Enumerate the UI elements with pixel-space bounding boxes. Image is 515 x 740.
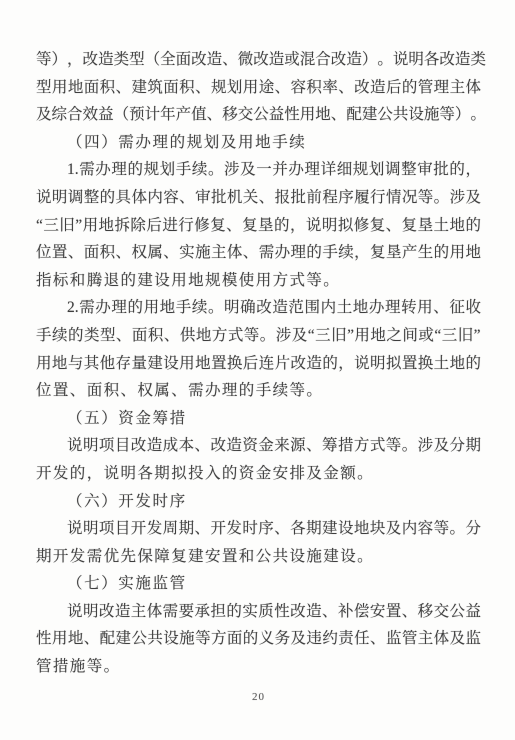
- text-line: 位置、面积、权属、需办理的手续等。: [36, 377, 481, 405]
- section-heading: （五）资金筹措: [36, 405, 481, 433]
- text-line: 及综合效益（预计年产值、移交公益性用地、配建公共设施等）。: [36, 101, 481, 129]
- text-line: 型用地面积、建筑面积、规划用途、容积率、改造后的管理主体: [36, 74, 481, 102]
- page-number: 20: [36, 691, 481, 703]
- text-line: 管措施等。: [36, 653, 481, 681]
- text-line: 开发的，说明各期拟投入的资金安排及金额。: [36, 460, 481, 488]
- text-line: 说明调整的具体内容、审批机关、报批前程序履行情况等。涉及: [36, 184, 481, 212]
- text-line: 说明项目开发周期、开发时序、各期建设地块及内容等。分: [36, 515, 481, 543]
- text-line: 2.需办理的用地手续。明确改造范围内土地办理转用、征收: [36, 294, 481, 322]
- section-heading: （四）需办理的规划及用地手续: [36, 129, 481, 157]
- text-line: 手续的类型、面积、供地方式等。涉及“三旧”用地之间或“三旧”: [36, 322, 481, 350]
- section-heading: （六）开发时序: [36, 488, 481, 516]
- text-line: 1.需办理的规划手续。涉及一并办理详细规划调整审批的，: [36, 156, 481, 184]
- text-line: “三旧”用地拆除后进行修复、复垦的，说明拟修复、复垦土地的: [36, 212, 481, 240]
- section-heading: （七）实施监管: [36, 570, 481, 598]
- text-line: 性用地、配建公共设施等方面的义务及违约责任、监管主体及监: [36, 625, 481, 653]
- document-page: 等），改造类型（全面改造、微改造或混合改造）。说明各改造类型用地面积、建筑面积、…: [0, 0, 515, 740]
- text-line: 说明项目改造成本、改造资金来源、筹措方式等。涉及分期: [36, 432, 481, 460]
- document-body: 等），改造类型（全面改造、微改造或混合改造）。说明各改造类型用地面积、建筑面积、…: [36, 46, 481, 681]
- text-line: 等），改造类型（全面改造、微改造或混合改造）。说明各改造类: [36, 46, 481, 74]
- text-line: 说明改造主体需要承担的实质性改造、补偿安置、移交公益: [36, 598, 481, 626]
- text-line: 指标和腾退的建设用地规模使用方式等。: [36, 267, 481, 295]
- text-line: 期开发需优先保障复建安置和公共设施建设。: [36, 543, 481, 571]
- text-line: 位置、面积、权属、实施主体、需办理的手续，复垦产生的用地: [36, 239, 481, 267]
- text-line: 用地与其他存量建设用地置换后连片改造的，说明拟置换土地的: [36, 350, 481, 378]
